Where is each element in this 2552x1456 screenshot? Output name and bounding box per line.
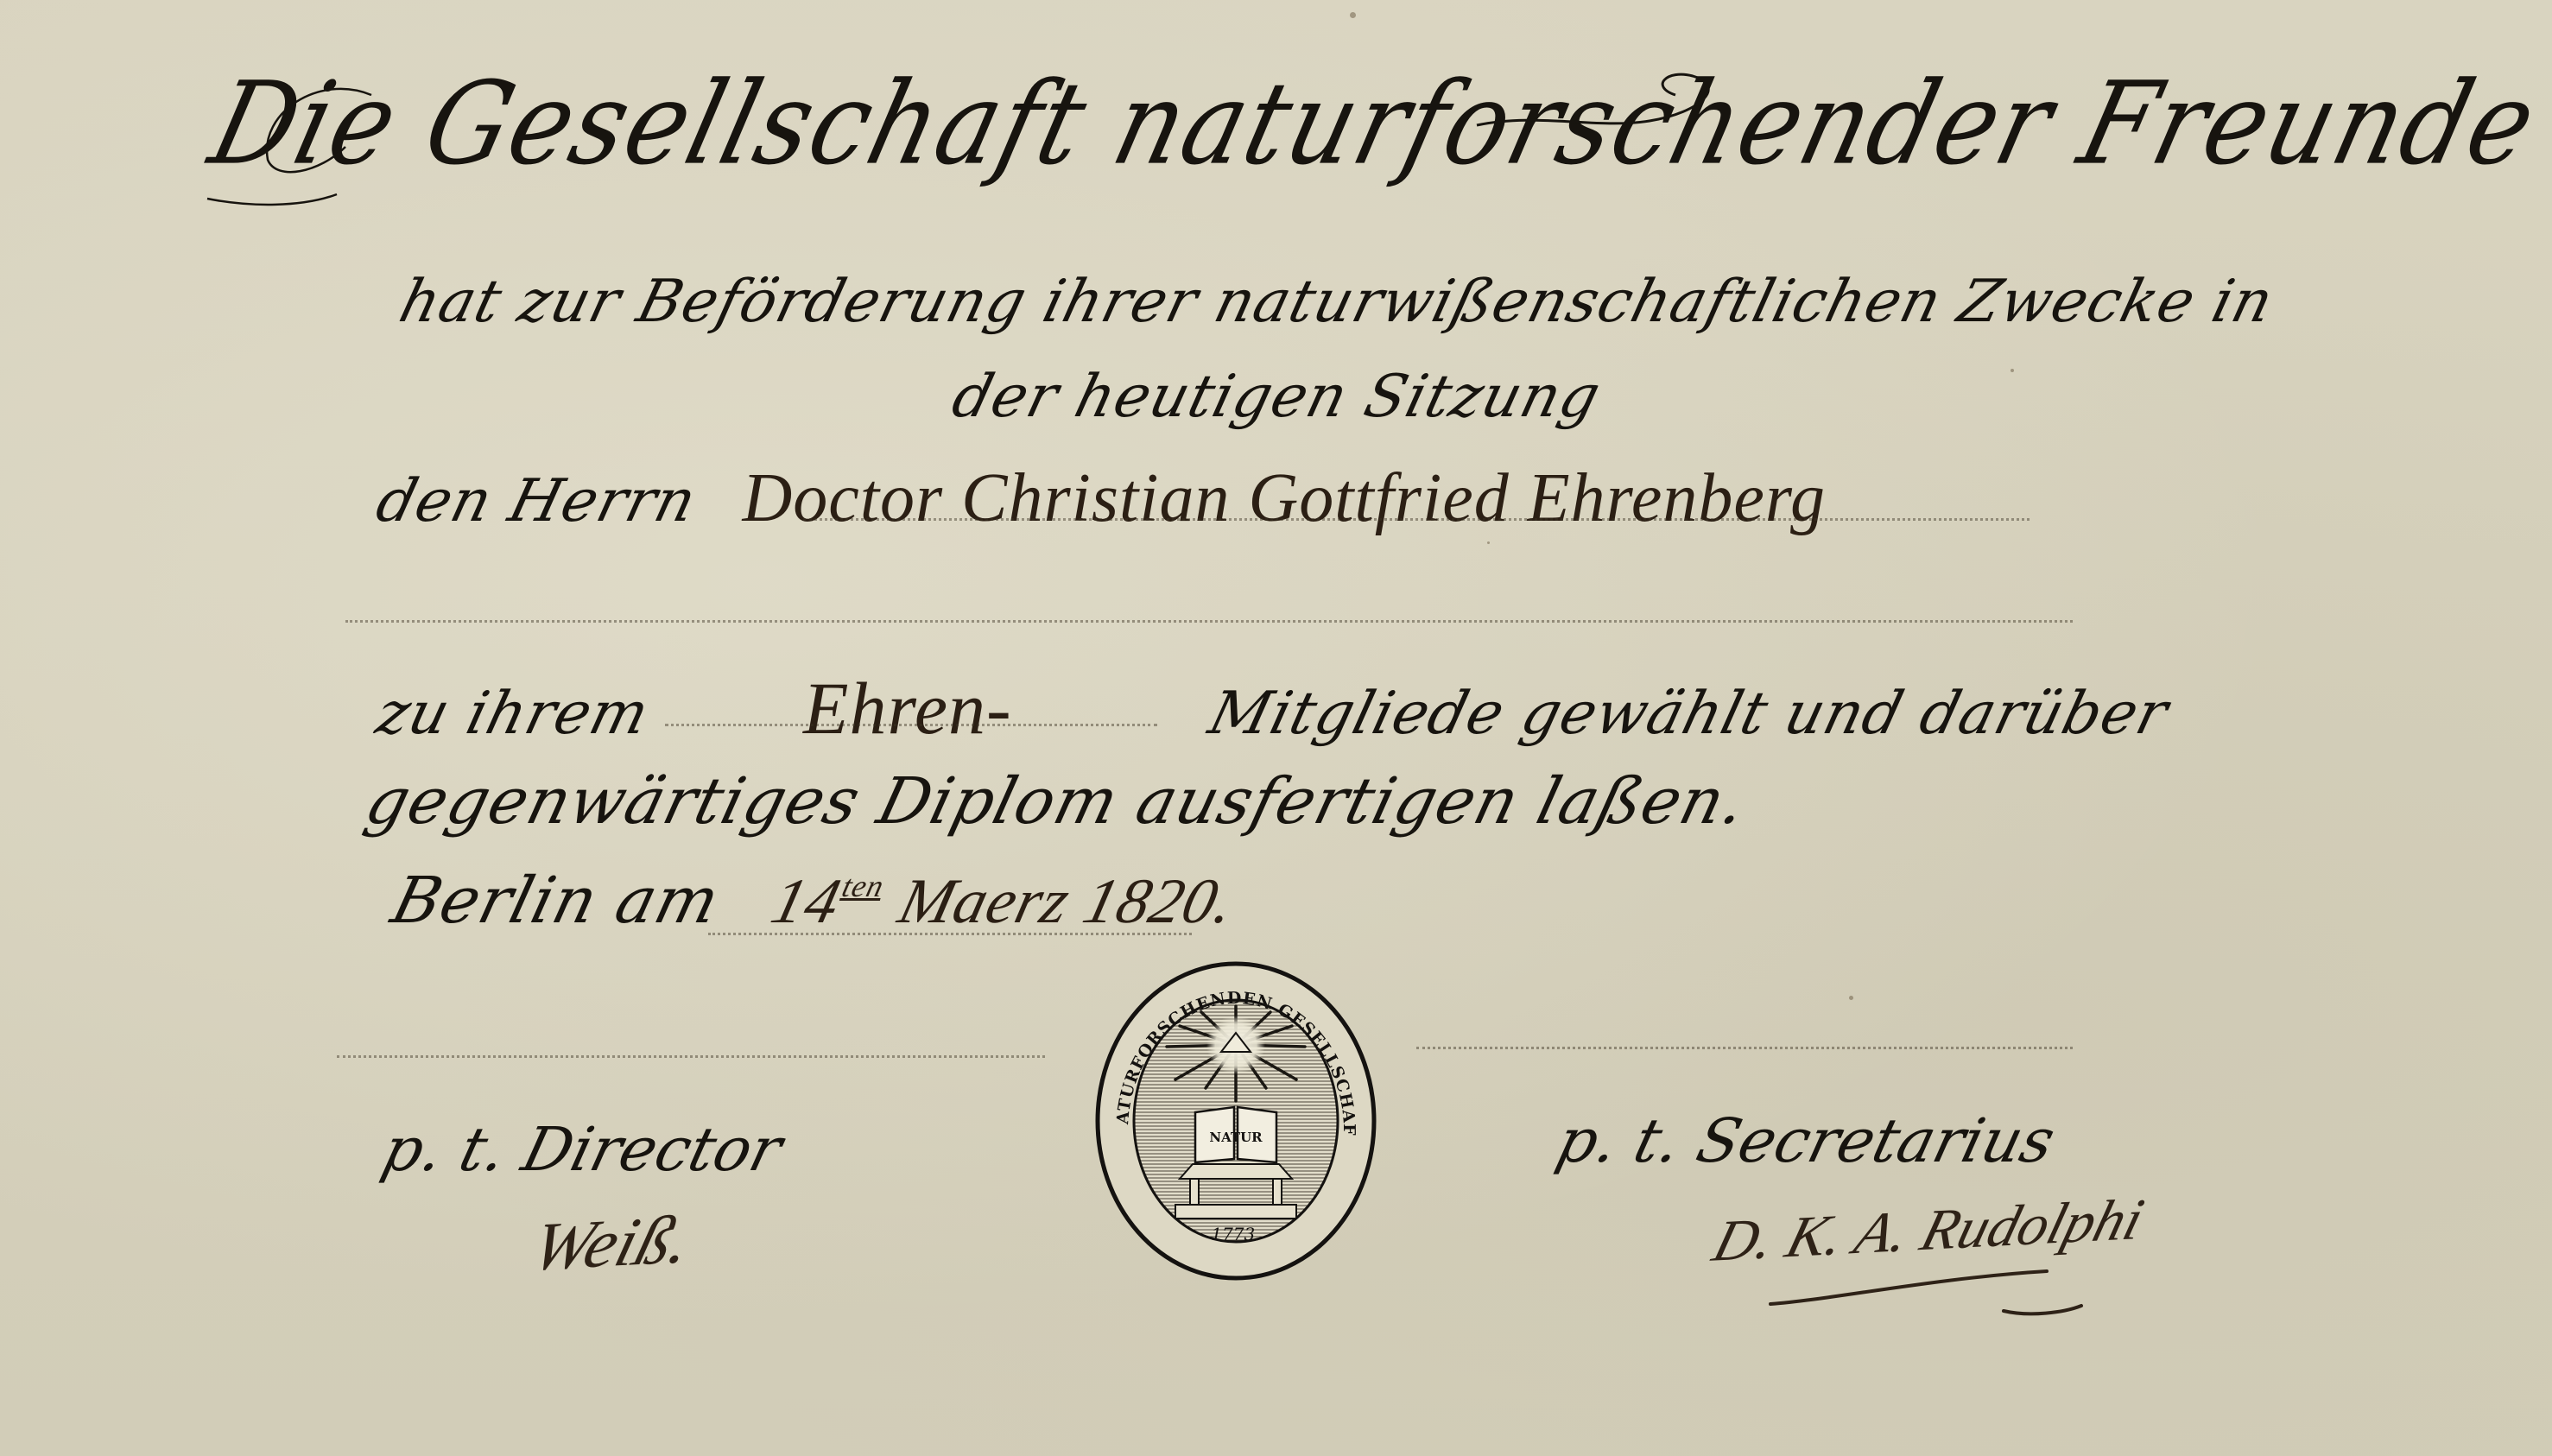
- membership-prefix: zu ihrem: [370, 680, 656, 748]
- blank-dotted-rule: [345, 620, 2073, 623]
- diploma-document: Die Gesellschaft naturforschender Freund…: [0, 0, 2552, 1456]
- body-line-recipient: den HerrnDoctor Christian Gottfried Ehre…: [378, 459, 1826, 538]
- body-line-diploma: gegenwärtiges Diplom ausfertigen laßen.: [358, 764, 1754, 839]
- paper-speck: [1849, 996, 1853, 1000]
- secretary-title: p. t. Secretarius: [1550, 1105, 2062, 1176]
- paper-speck: [1350, 12, 1356, 18]
- diploma-title: Die Gesellschaft naturforschender Freund…: [199, 56, 2552, 190]
- membership-type: Ehren-: [803, 667, 1012, 750]
- membership-dotted-rule: [665, 724, 1157, 726]
- recipient-name: Doctor Christian Gottfried Ehrenberg: [743, 460, 1826, 536]
- body-line-membership: zu ihremEhren-Mitgliede gewählt und darü…: [378, 665, 2166, 751]
- date-day: 14ten: [764, 866, 888, 937]
- seal-book-text: NATUR: [1209, 1130, 1263, 1145]
- date-dotted-rule: [708, 933, 1192, 935]
- recipient-dotted-rule: [803, 518, 2030, 521]
- society-seal-icon: NATUR 1773. SIEGEL DER NATURFORSCHENDEN …: [1093, 959, 1378, 1283]
- right-signature-dotted-rule: [1416, 1047, 2073, 1049]
- membership-suffix: Mitgliede gewählt und darüber: [1202, 680, 2175, 748]
- paper-speck: [1487, 541, 1490, 544]
- director-signature: Weiß.: [523, 1200, 700, 1287]
- secretary-signature: D. K. A. Rudolphi: [1706, 1185, 2150, 1275]
- body-line-purpose: hat zur Beförderung ihrer naturwißenscha…: [393, 268, 2281, 336]
- date-month-year: Maerz 1820.: [892, 866, 1243, 937]
- paper-speck: [2011, 369, 2014, 372]
- director-title: p. t. Director: [376, 1114, 789, 1185]
- seal-year: 1773.: [1211, 1224, 1260, 1244]
- body-line-session: der heutigen Sitzung: [946, 363, 1607, 431]
- body-line-date: Berlin am 14ten Maerz 1820.: [384, 864, 1243, 939]
- recipient-prefix: den Herrn: [370, 467, 703, 535]
- date-day-suffix: ten: [839, 869, 888, 903]
- place-prefix: Berlin am: [384, 864, 727, 938]
- date-day-number: 14: [764, 866, 847, 937]
- left-signature-dotted-rule: [337, 1055, 1045, 1058]
